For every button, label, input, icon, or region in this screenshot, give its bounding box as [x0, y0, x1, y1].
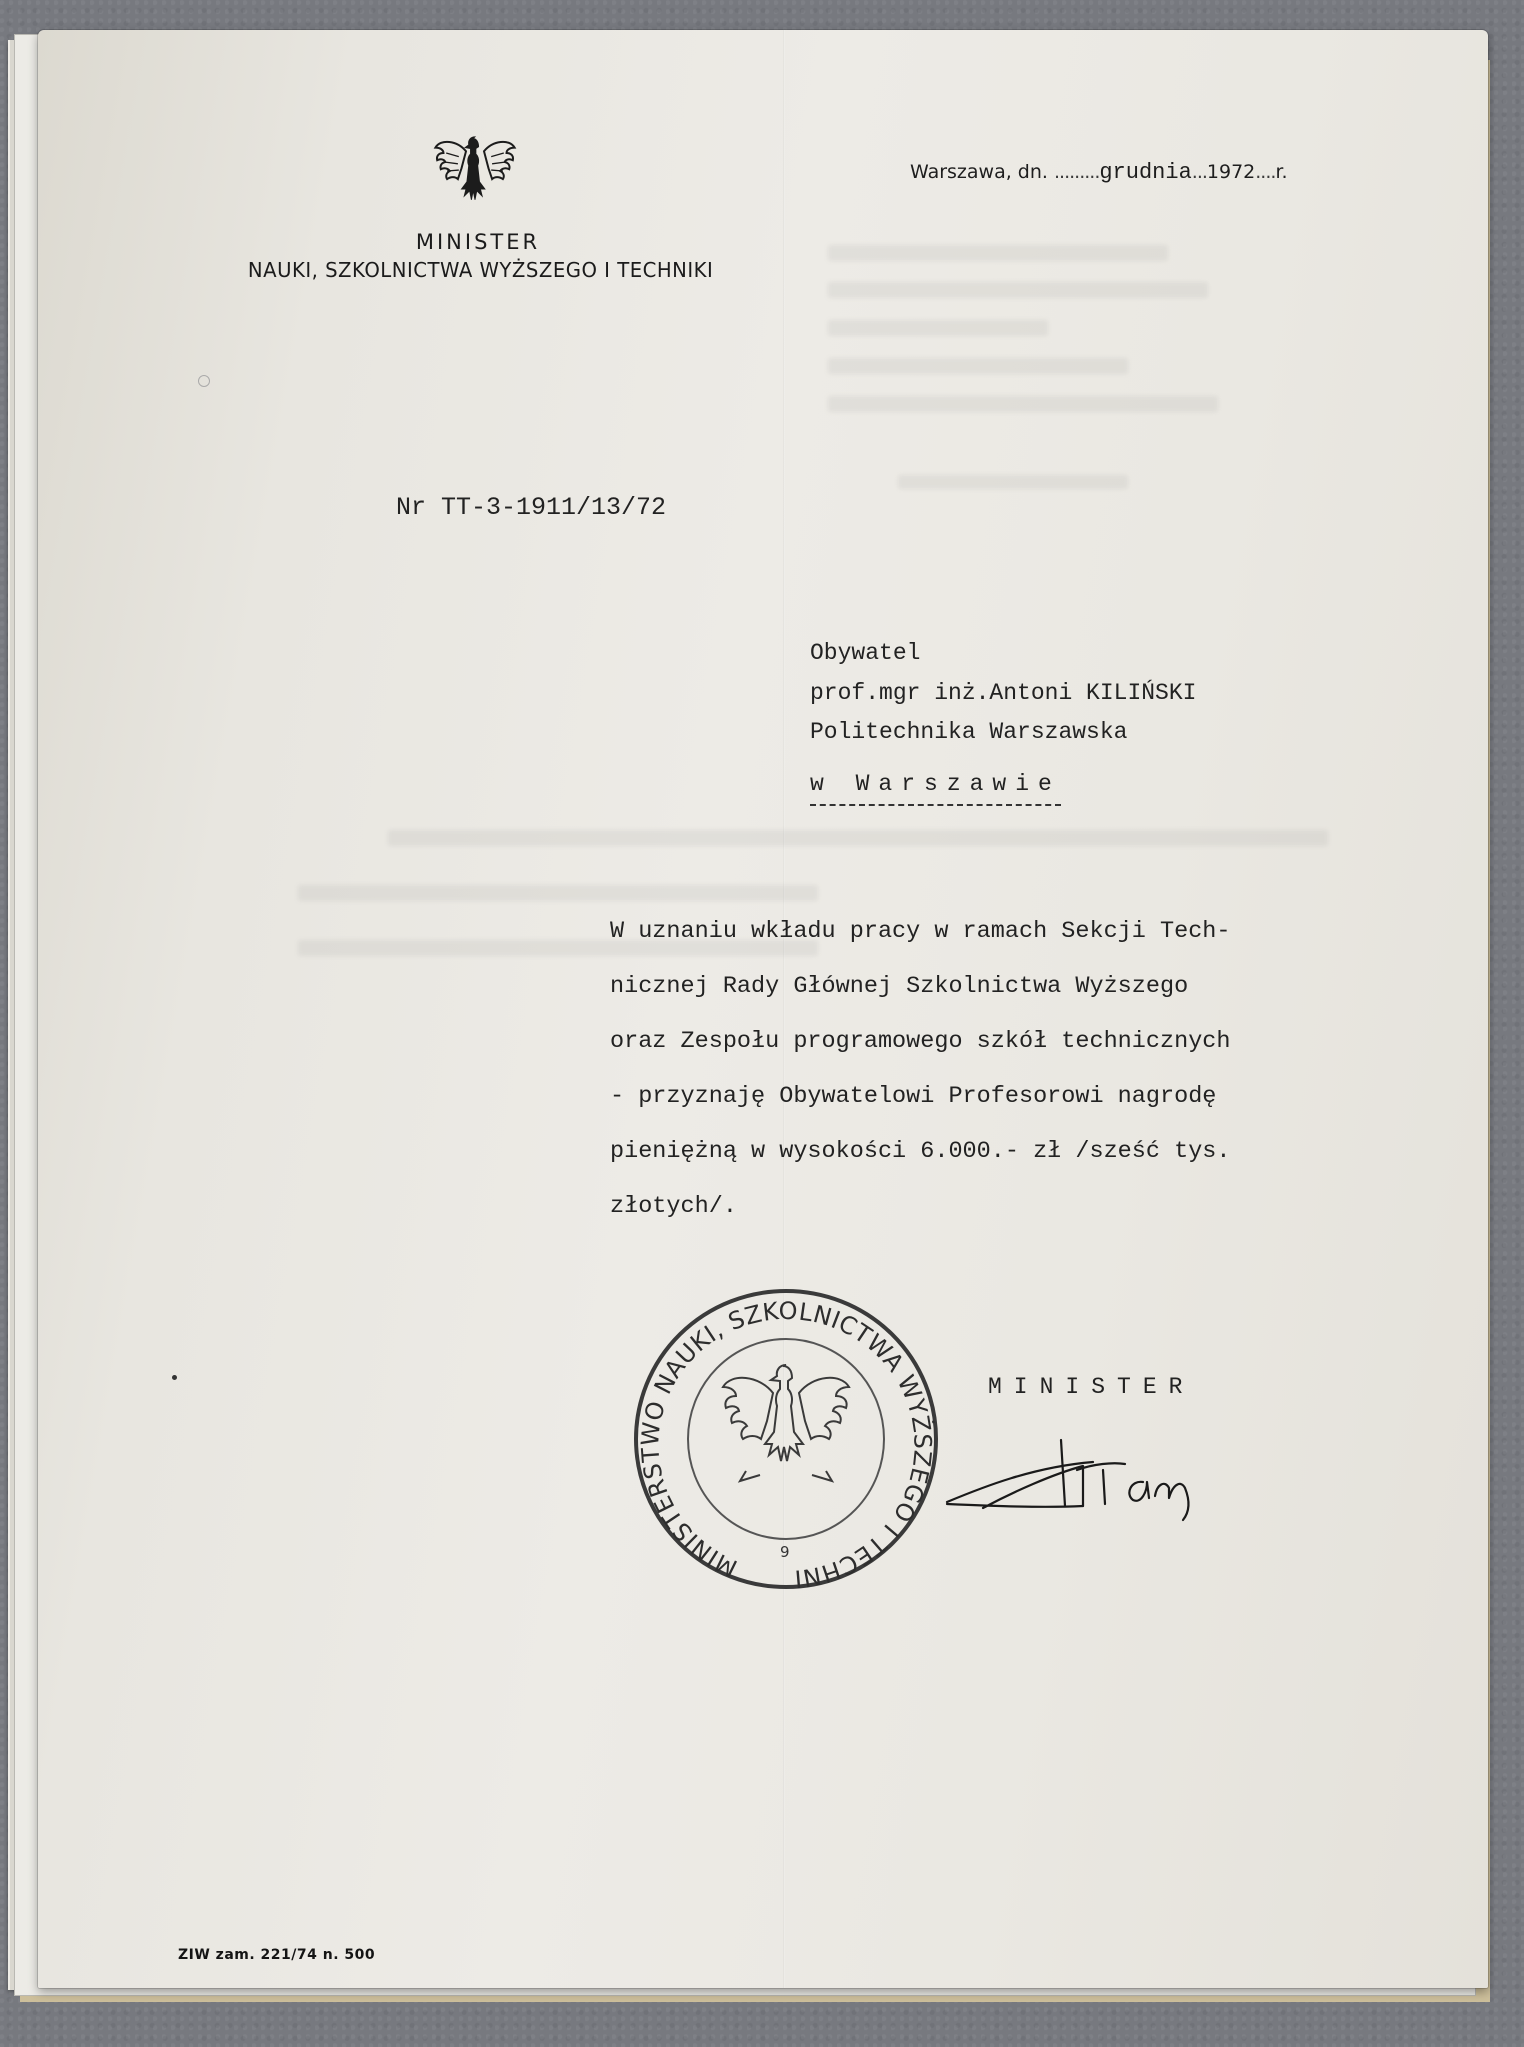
- addressee-institution: Politechnika Warszawska: [810, 713, 1196, 753]
- printer-imprint: ZIW zam. 221/74 n. 500: [178, 1947, 375, 1963]
- addressee-city: w Warszawie: [810, 765, 1061, 807]
- bleed-through-text: [828, 282, 1208, 298]
- body-line: złotych/.: [610, 1179, 1231, 1234]
- date-dots: .........: [1054, 161, 1099, 183]
- date-suffix: r.: [1275, 161, 1287, 183]
- body-line: nicznej Rady Głównej Szkolnictwa Wyższeg…: [610, 959, 1231, 1014]
- letterhead-ministry-name: NAUKI, SZKOLNICTWA WYŻSZEGO I TECHNIKI: [183, 258, 778, 282]
- body-line: oraz Zespołu programowego szkół technicz…: [610, 1014, 1231, 1069]
- official-seal-icon: MINISTERSTWO NAUKI, SZKOLNICTWA WYŻSZEGO…: [630, 1285, 942, 1593]
- addressee-salutation: Obywatel: [810, 634, 1196, 674]
- date-dots: ...: [1192, 161, 1207, 183]
- body-line: W uznaniu wkładu pracy w ramach Sekcji T…: [610, 904, 1231, 959]
- bleed-through-text: [298, 885, 818, 901]
- seal-number: 9: [780, 1543, 790, 1561]
- reference-number: Nr TT-3-1911/13/72: [396, 493, 666, 522]
- paper-mark: [198, 375, 210, 387]
- date-month: grudnia: [1099, 160, 1191, 185]
- bleed-through-text: [828, 320, 1048, 336]
- polish-eagle-icon: [430, 126, 520, 216]
- letterhead-title: MINISTER: [238, 230, 718, 254]
- addressee-name: prof.mgr inż.Antoni KILIŃSKI: [810, 674, 1196, 714]
- letter-page: MINISTER NAUKI, SZKOLNICTWA WYŻSZEGO I T…: [38, 30, 1488, 1988]
- handwritten-signature-icon: [943, 1432, 1233, 1542]
- date-dots: ....: [1255, 161, 1275, 183]
- ink-dot: [172, 1375, 177, 1380]
- bleed-through-text: [828, 396, 1218, 412]
- bleed-through-text: [828, 358, 1128, 374]
- bleed-through-text: [828, 245, 1168, 261]
- signatory-title: MINISTER: [988, 1374, 1194, 1400]
- date-year: 1972: [1207, 161, 1255, 183]
- bleed-through-text: [388, 830, 1328, 846]
- date-place-label: Warszawa, dn.: [910, 161, 1048, 183]
- bleed-through-text: [898, 475, 1128, 489]
- addressee-block: Obywatel prof.mgr inż.Antoni KILIŃSKI Po…: [810, 634, 1196, 806]
- date-line: Warszawa, dn. .........grudnia...1972...…: [910, 160, 1288, 185]
- body-line: pieniężną w wysokości 6.000.- zł /sześć …: [610, 1124, 1231, 1179]
- letter-body: W uznaniu wkładu pracy w ramach Sekcji T…: [610, 904, 1231, 1234]
- body-line: - przyznaję Obywatelowi Profesorowi nagr…: [610, 1069, 1231, 1124]
